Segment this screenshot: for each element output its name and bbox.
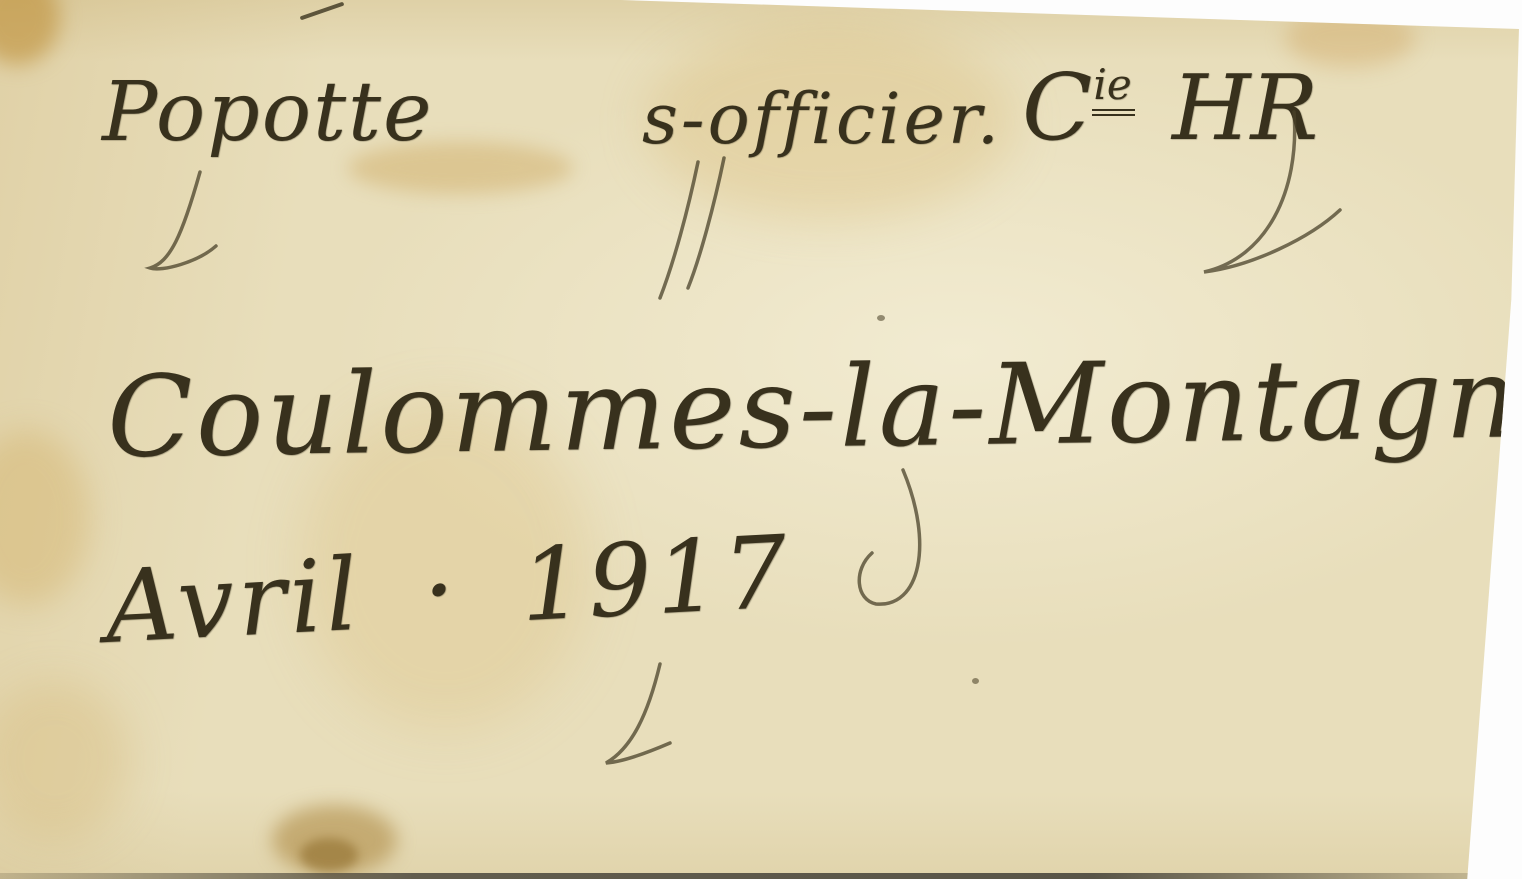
handwriting-word-s-officier: s-officier.	[642, 84, 1002, 154]
stain-bottom-core	[300, 838, 358, 872]
pen-mark-top-edge	[300, 2, 345, 21]
ink-dot	[877, 315, 885, 321]
flourish-officier-descender-2	[688, 158, 724, 288]
stain-bottom-left	[0, 680, 130, 840]
stain-left-middle	[0, 430, 90, 605]
paper-sheet: Popotte s-officier. Cie HR Coulommes-la-…	[0, 0, 1522, 879]
ink-dot	[972, 678, 979, 684]
flourish-officier-descender-1	[660, 162, 698, 298]
paper-bottom-edge-shadow	[0, 873, 1476, 879]
flourish-montagne-g-tail	[859, 470, 919, 604]
company-abbreviation-base: C	[1022, 54, 1092, 161]
stain-top-left-corner	[0, 0, 60, 65]
stain-bottom	[272, 805, 397, 875]
company-abbreviation-superscript: ie	[1092, 64, 1134, 116]
flourish-seven-tail	[606, 664, 670, 763]
handwriting-company-abbreviation: Cie	[1022, 62, 1135, 156]
handwriting-unit-hr: HR	[1172, 64, 1318, 154]
handwriting-word-popotte: Popotte	[102, 72, 434, 154]
handwriting-line-place-name: Coulommes-la-Montagne	[106, 341, 1522, 474]
flourish-popotte-descender	[150, 172, 216, 269]
scanned-note: Popotte s-officier. Cie HR Coulommes-la-…	[0, 0, 1522, 879]
handwriting-line-date: Avril · 1917	[103, 522, 794, 658]
